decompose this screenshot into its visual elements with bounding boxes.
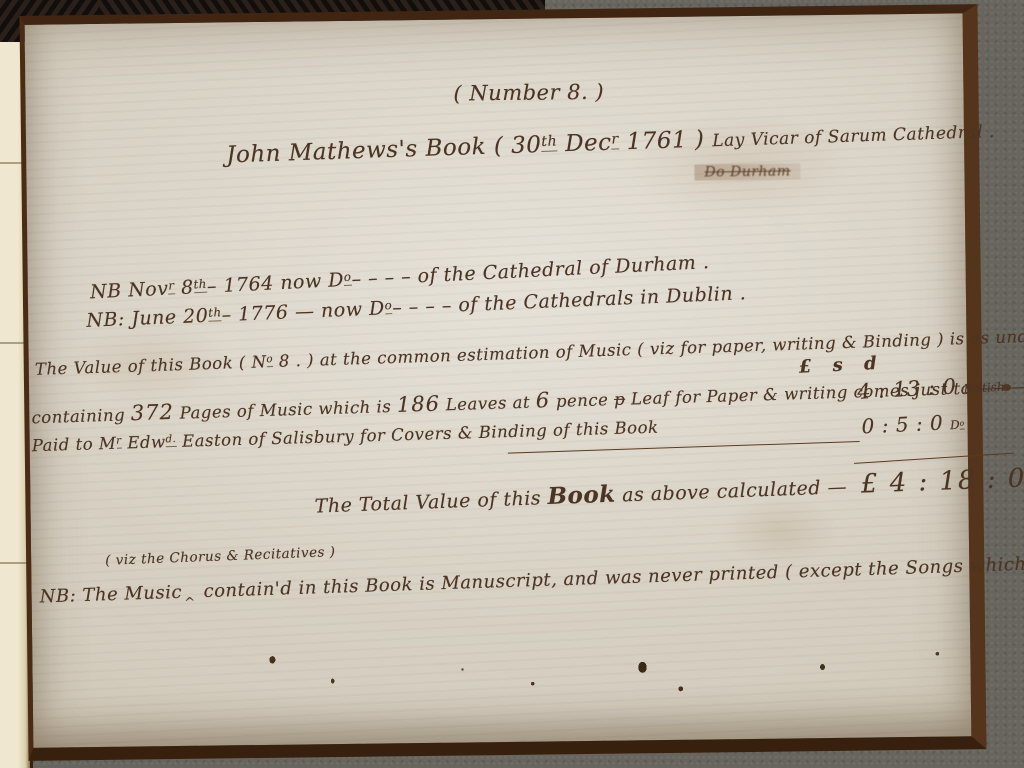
title-vicar: Lay Vicar of Sarum Cathedral . [712,122,995,151]
heading-number: ( Number 8. ) [453,80,604,106]
paper-stain [720,495,841,566]
paper-cost-amount: 4 : 13 : 0 British [857,372,1006,404]
ditto-sup: o [959,418,964,429]
currency-column-header: £ s d [798,353,877,378]
viz-text: ( viz the Chorus & Recitatives ) [105,544,336,569]
row1-text: containing [31,405,131,427]
nb1-sup-th: th [193,276,207,293]
manuscript-page: ( Number 8. ) John Mathews's Book ( 30th… [19,4,986,761]
insertion-caret: ^ [184,595,196,610]
struck-out-note: Do Durham [694,163,800,180]
total-book-word: Book [547,481,616,510]
pages-count: 372 [130,400,174,425]
pence-rate: 6 [535,388,550,412]
title-year: 1761 ) [618,126,712,155]
title-sup-th: th [541,133,557,152]
pound-symbol: £ [798,356,812,378]
binding-cost-amount: 0 : 5 : 0 Do [861,410,965,439]
row1-text2: Pages of Music which is [174,397,398,423]
photo-of-manuscript: ( Number 8. ) John Mathews's Book ( 30th… [0,0,1024,768]
title-line: John Mathews's Book ( 30th Decr 1761 ) L… [226,117,995,168]
ink-blots [32,593,973,734]
nb2-dublin: – – – – of the Cathedrals in Dublin . [392,282,747,319]
row2-name: Edw [121,432,166,452]
value-rest: 8 . ) at the common estimation of Music … [273,324,1024,371]
title-month: Dec [557,130,612,158]
row1-text3: Leaves at [440,392,536,414]
total-text: The Total Value of this [314,487,548,518]
pence-symbol: d [864,353,878,375]
fill-dash-rule [508,441,860,454]
shillings-symbol: s [832,355,844,376]
value-text: The Value of this Book ( N [35,352,267,379]
total-value-line: The Total Value of this Book as above ca… [314,459,1024,520]
edwd-sup: d. [165,434,176,447]
nb1-day: 8 [174,276,194,299]
nb1-now: – 1764 now D [206,269,344,298]
total-amount: £ 4 : 18 : 0 [860,464,1024,500]
total-text2: as above calculated — [615,476,847,506]
title-owner: John Mathews's Book ( 30 [226,132,542,168]
nb2-sup-th: th [208,305,222,322]
row2-rest: Easton of Salisbury for Covers & Binding… [176,418,659,451]
nb2-now: – 1776 — now D [221,297,385,326]
leaves-count: 186 [397,391,441,416]
nb2-text: NB: June 20 [86,305,209,332]
heading-number-text: ( Number 8. ) [453,80,604,106]
struck-text: Do Durham [704,163,790,180]
row2-text: Paid to M [32,434,117,455]
nb1-text: NB Nov [90,278,169,304]
nb1-durham: – – – – of the Cathedral of Durham . [351,251,710,290]
amount-0-5-0: 0 : 5 : 0 [861,411,944,439]
british-note: British [963,380,1005,396]
carpet-debris-spot [1002,384,1011,391]
viz-interlinear-note: ( viz the Chorus & Recitatives ) [105,544,336,569]
per-abbreviation: p [614,390,626,409]
row1-text4: pence [550,390,615,411]
